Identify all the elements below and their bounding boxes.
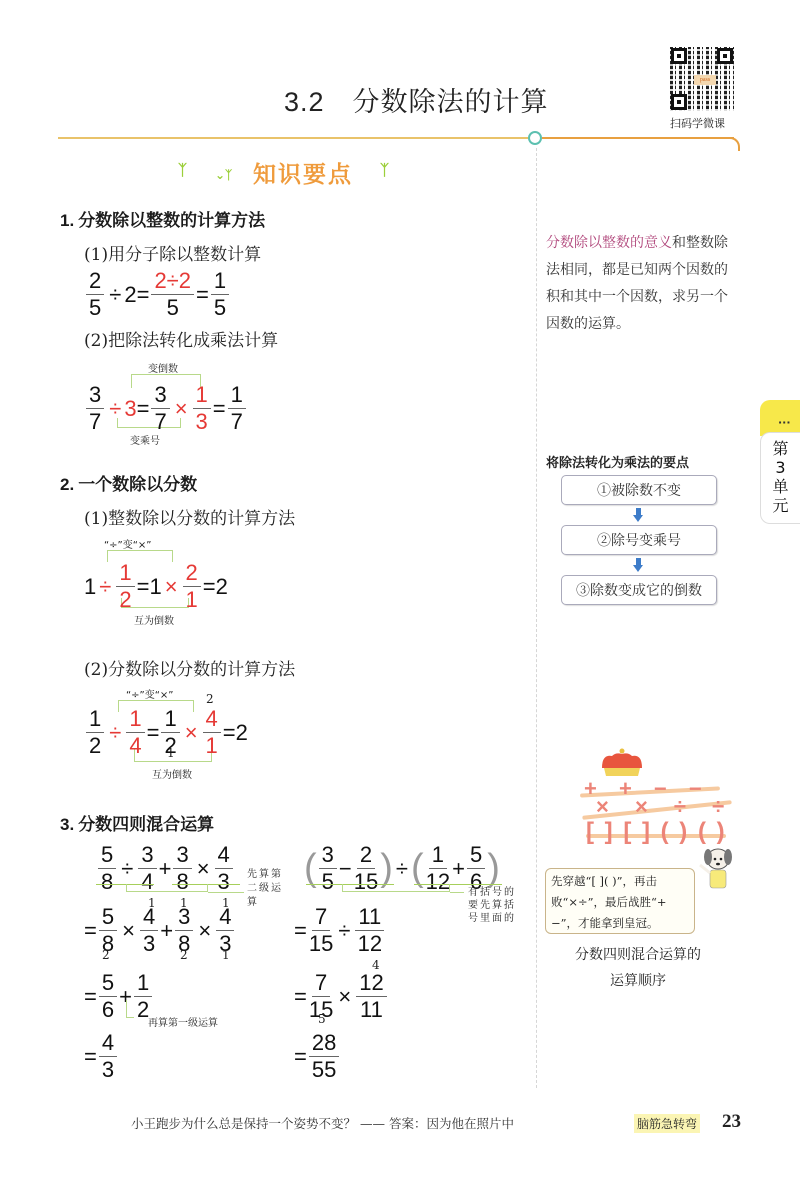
brackets-row: [ ] [ ] ( ) ( ): [586, 818, 727, 846]
bracket-note: [126, 1000, 134, 1018]
times-divide-row: × × ÷ ÷: [596, 794, 734, 820]
subsection-1-2: (2)把除法转化成乘法计算: [84, 326, 278, 351]
speech-bubble: 先穿越“[ ]( )”，再击败“×÷”，最后战胜“+−”，才能拿到皇冠。: [545, 868, 695, 934]
qr-finder-icon: [671, 48, 687, 64]
note-first-level: 再算第一级运算: [148, 1014, 218, 1029]
sidebar-meaning-note: 分数除以整数的意义和整数除法相同，都是已知两个因数的积和其中一个因数，求另一个因…: [546, 230, 741, 338]
section-number: 3.2: [284, 87, 325, 117]
step-box: ①被除数不变: [561, 475, 717, 505]
step-box: ②除号变乘号: [561, 525, 717, 555]
annotation-op-change: “÷”变“×”: [104, 536, 151, 551]
qr-caption: 扫码学微课: [670, 115, 725, 131]
fraction: 15: [211, 270, 229, 319]
subsection-1-1: (1)用分子除以整数计算: [84, 240, 261, 265]
header-rule-dot: [528, 131, 542, 145]
header-rule: [58, 137, 530, 139]
page-number: 23: [722, 1111, 741, 1133]
qr-code[interactable]: pass: [668, 45, 736, 113]
annotation-op-change: “÷”变“×”: [126, 686, 173, 701]
sprout-icon: ᛉ: [380, 160, 389, 179]
fraction: 25: [86, 270, 104, 319]
fraction: 2÷25: [151, 270, 194, 319]
illustration-caption: 分数四则混合运算的 运算顺序: [548, 942, 728, 994]
bracket-connector: [450, 892, 464, 893]
equation-2-2: 12 ÷ 14 = 12 × 41 = 2: [84, 708, 248, 757]
section-1-heading: 1.分数除以整数的计算方法: [60, 206, 265, 231]
section-3-heading: 3.分数四则混合运算: [60, 810, 214, 835]
header-rule-right: [542, 137, 734, 139]
note-second-level: 先算第二级运算: [247, 868, 287, 910]
arrow-down-icon: [633, 508, 643, 522]
mixed-ops-right-line-2: = 715÷ 1112: [294, 906, 386, 955]
mixed-ops-right-line-4: = 2855: [294, 1032, 341, 1081]
equation-1-1: 25 ÷ 2 = 2÷25 = 15: [84, 270, 231, 319]
bracket-bottom: [126, 884, 208, 892]
knowledge-heading: 知识要点: [253, 156, 353, 189]
dog-character-icon: [696, 845, 738, 893]
mixed-ops-left-line-3: = 56+ 12: [84, 972, 154, 1021]
sprout-icon: ᛉ: [178, 160, 187, 179]
cancel-result: 2: [206, 692, 214, 706]
arrow-down-icon: [633, 558, 643, 572]
qr-finder-icon: [671, 94, 687, 110]
annotation-reciprocal: 变倒数: [148, 360, 178, 375]
section-title: 分数除法的计算: [353, 87, 549, 118]
bracket-connector: [208, 892, 244, 893]
annotation-reciprocal: 互为倒数: [134, 612, 174, 627]
annotation-reciprocal: 互为倒数: [152, 766, 192, 781]
footer-tag: 脑筋急转弯: [634, 1114, 700, 1133]
subsection-2-1: (1)整数除以分数的计算方法: [84, 504, 295, 529]
mixed-ops-left-line-4: = 43: [84, 1032, 119, 1081]
qr-logo: pass: [694, 75, 716, 85]
qr-finder-icon: [717, 48, 733, 64]
steps-title: 将除法转化为乘法的要点: [546, 452, 689, 471]
equation-2-1: 1 ÷ 12 = 1 × 21 = 2: [84, 562, 228, 611]
meaning-highlight: 分数除以整数的意义: [546, 235, 672, 251]
column-divider: [536, 148, 537, 1088]
header-rule-hook: [728, 137, 740, 151]
bracket-top: [107, 550, 173, 562]
page-title: 3.2分数除法的计算: [284, 80, 549, 119]
sprout-icon: ⌄ᛉ: [215, 164, 232, 183]
step-box: ③除数变成它的倒数: [561, 575, 717, 605]
section-2-heading: 2.一个数除以分数: [60, 470, 197, 495]
equation-1-2: 37 ÷ 3 = 37 × 13 = 17: [84, 384, 248, 433]
annotation-multiply-sign: 变乘号: [130, 432, 160, 447]
unit-tab[interactable]: ··· 第 3 单 元: [760, 400, 800, 525]
note-brackets-first: 有括号的要先算括号里面的: [468, 886, 524, 925]
footer-riddle: 小王跑步为什么总是保持一个姿势不变？ —— 答案：因为他在照片中: [131, 1114, 514, 1132]
bracket-bottom: [342, 884, 450, 892]
subsection-2-2: (2)分数除以分数的计算方法: [84, 655, 295, 680]
mixed-ops-right-line-3: = 715× 1211: [294, 972, 389, 1021]
